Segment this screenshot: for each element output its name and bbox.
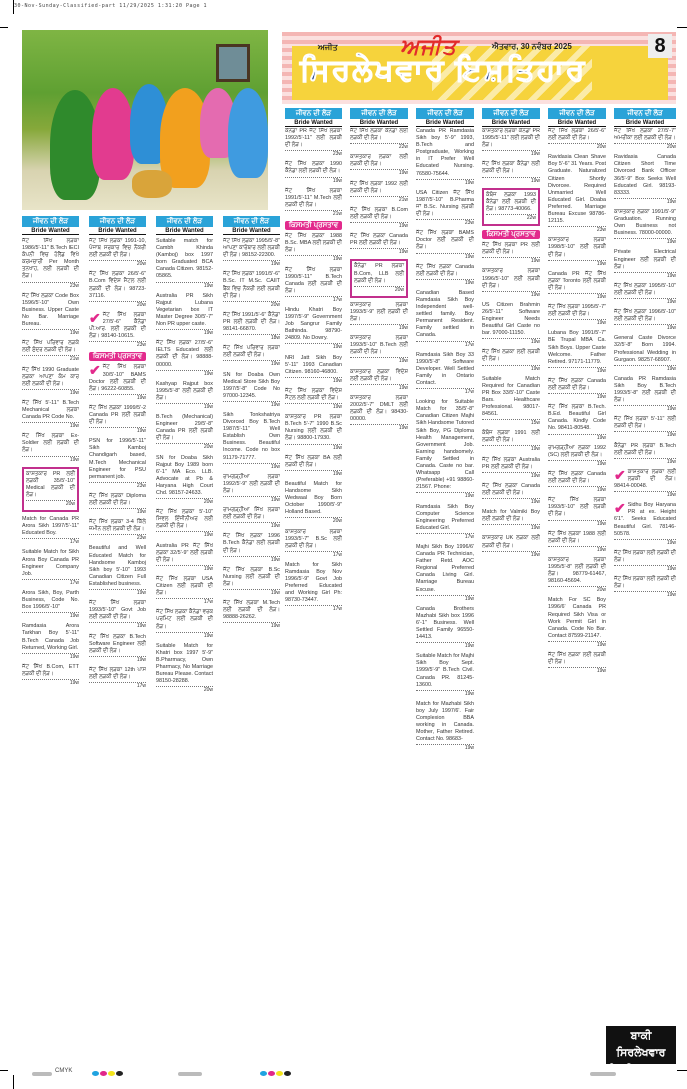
basket [132, 170, 172, 198]
classified-ad: B.Tech (Mechanical) Engineer 29/5'-8" Ca… [156, 414, 213, 451]
ad-text: ਜੱਟ ਸਿੱਖ ਲੜਕਾ 1995/5'-7" ਲਈ ਲੜਕੀ ਦੀ ਲੋੜ। [548, 304, 606, 317]
gray-bar [590, 1072, 616, 1076]
ad-word-count: 19w [285, 470, 342, 478]
ad-word-count: 20w [223, 301, 280, 309]
ad-word-count: 19w [89, 394, 146, 402]
classified-ad: ਜੱਟ ਸਿੱਖ ਲੜਕਾ M.Tech ਲਈ ਲੜਕੀ ਦੀ ਲੋੜ। 988… [223, 600, 280, 630]
ad-word-count: 19w [614, 491, 676, 499]
ad-word-count: 19w [416, 642, 474, 650]
ad-text: ਜੱਟ ਸਿੱਖ ਲੜਕਾ ਵਿਦੇਸ਼ ਸੈਟਲ ਲਈ ਲੜਕੀ ਦੀ ਲੋੜ… [285, 388, 342, 401]
classified-ad: Match For SC Boy 1996/6' Canada PR Requi… [548, 597, 606, 649]
classified-ad: ਕਾਸ਼ਤਕਾਰ UK ਲੜਕਾ ਲਈ ਲੜਕੀ ਦੀ ਲੋੜ।19w [482, 535, 540, 558]
ad-text: ਕਾਸ਼ਤਕਾਰ ਲੜਕਾ 1995/5'-8" ਲਈ ਲੜਕੀ ਦੀ ਲੋੜ।… [548, 557, 606, 584]
ad-word-count: 19w [223, 463, 280, 471]
gray-bar [32, 1072, 52, 1076]
ad-word-count: 17w [22, 579, 79, 587]
ad-text: ਜੱਟ ਸਿੱਖ ਲੜਕਾ BAMS Doctor ਲਈ ਲੜਕੀ ਦੀ ਲੋੜ… [416, 230, 474, 250]
ad-text: Suitable Match Required for Canadian PR … [482, 376, 540, 417]
ad-text: ਜੱਟ ਸਿੱਖ ਲੜਕਾ B.Tech Software Engineer ਲ… [89, 634, 146, 654]
ad-word-count: 19w [614, 198, 676, 206]
ad-word-count: 20w [89, 260, 146, 268]
classified-ad: ਜੱਟ ਸਿੱਖ ਲੜਕਾ Code Box 1596/5'-10" Own B… [22, 293, 79, 338]
classified-column: ਜੱਟ ਸਿੱਖ ਲੜਕਾ 1986/5'-11" B.Tech IECI ਕੰ… [22, 238, 79, 1066]
ad-word-count: 19w [22, 612, 79, 620]
ad-word-count: 19w [89, 508, 146, 516]
classified-ad: ਕੰਬੋਜ ਲੜਕਾ 1993 ਕੈਨੇਡਾ ਲਈ ਲੜਕੀ ਦੀ ਲੋੜ। 9… [482, 188, 540, 226]
ad-text: NRI Jatt Sikh Boy 5'-11" 1993 Canadian C… [285, 355, 342, 375]
classified-ad: Ramdasia Sikh Boy Computer Science Engin… [416, 504, 474, 541]
ad-word-count: 19w [156, 370, 213, 378]
classified-ad: ਕਾਸ਼ਤਕਾਰ ਲੜਕਾ 1993/5'-10" B.Tech ਲਈ ਲੜਕੀ… [350, 335, 408, 365]
ad-text: Lubana Boy 1991/5'-7" BE Trupal MBA Ca. … [548, 330, 606, 364]
classified-ad: ਜੱਟ ਸਿੱਖ ਲੜਕਾ ਵਿਦੇਸ਼ ਸੈਟਲ ਲਈ ਲੜਕੀ ਦੀ ਲੋੜ… [285, 388, 342, 411]
ad-text: Private Electrical Engineer ਲਈ ਲੜਕੀ ਦੀ ਲ… [614, 249, 676, 269]
ad-word-count: 19w [22, 329, 79, 337]
ad-word-count: 19w [482, 551, 540, 559]
classified-ad: ਜੱਟ ਸਿੱਖ ਲੜਕਾ 1988 ਲਈ ਲੜਕੀ ਦੀ ਲੋੜ।19w [548, 531, 606, 554]
classified-ad: ਜੱਟ ਸਿੱਖ 5'-11" B.Tech Mechanical ਲੜਕਾ C… [22, 400, 79, 430]
ad-text: ਜੱਟ ਸਿੱਖ ਲੜਕਾ 27/5'-6" IELTS Educated ਲਈ… [156, 340, 213, 367]
classified-ad: ਜੱਟ ਸਿੱਖ ਲੜਕਾ 1990 ਕੈਨੇਡਾ ਲਈ ਲੜਕੀ ਦੀ ਲੋੜ… [285, 161, 342, 184]
classified-ad: ਕੈਨੇਡਾ PR ਜੱਟ ਸਿੱਖ ਲੜਕਾ 1992/5'-11" ਲਈ ਲ… [285, 128, 342, 158]
section-heading-en: Bride Wanted [22, 227, 79, 235]
ad-word-count: 19w [482, 177, 540, 185]
cmyk-registration-marks [260, 1071, 291, 1076]
ad-text: Australia PR ਜੱਟ ਸਿੱਖ ਲੜਕਾ 32/5'-9" ਲਈ ਲ… [156, 543, 213, 563]
ad-word-count: 19w [482, 150, 540, 158]
print-slug: 30-Nov-Sunday-Classified-part 11/29/2025… [14, 3, 207, 9]
ad-word-count: 19w [548, 393, 606, 401]
ad-text: ਜੱਟ ਸਿੱਖ ਪਰਿਵਾਰ ਲੜਕੇ ਲਈ ਸੁੰਦਰ ਲੜਕੀ ਦੀ ਲੋ… [22, 340, 79, 353]
classified-ad: ਕਾਸ਼ਤਕਾਰ ਲੜਕਾ 1993/5'-7" B.Sc ਲਈ ਲੜਕੀ ਦੀ… [285, 529, 342, 559]
ad-text: ਜੱਟ ਸਿੱਖ ਲੜਕਾ 1991/5'-6" B.Sc. IT M.Sc. … [223, 271, 280, 298]
ad-text: ਜੱਟ ਸਿੱਖ ਲੜਕਾ 1990/5'-11" B.Tech Canada … [285, 267, 342, 294]
ad-text: Match for Canada PR Arora Sikh 1997/5'-1… [22, 516, 79, 536]
ad-text: ਰਾਮਗੜ੍ਹੀਆ ਲੜਕਾ 1992 (SC) ਲਈ ਲੜਕੀ ਦੀ ਲੋੜ। [548, 445, 606, 458]
ad-text: US Citizen Brahmin 26/5'-11" Software En… [482, 302, 540, 336]
classified-ad: Match for Canada PR Arora Sikh 1997/5'-1… [22, 516, 79, 546]
ad-word-count: 19w [548, 367, 606, 375]
ad-text: ਕੰਬੋਜ ਲੜਕਾ 1993 ਕੈਨੇਡਾ ਲਈ ਲੜਕੀ ਦੀ ਲੋੜ। 9… [486, 192, 536, 212]
ad-word-count: 19w [285, 444, 342, 452]
ad-text: ਕੈਨੇਡਾ PR ਲੜਕਾ B.Com, LLB ਲਈ ਲੜਕੀ ਦੀ ਲੋੜ… [354, 263, 404, 283]
ad-text: Beautiful Match for Handsome Sikh Wedwaa… [285, 481, 342, 515]
ad-word-count: 19w [614, 591, 676, 599]
masthead-small-label: ਅਜੀਤ [318, 43, 338, 53]
classified-ad: Canadian Based Ramdasia Sikh Boy Indepen… [416, 290, 474, 349]
ad-text: ਜੱਟ ਸਿੱਖ ਲੜਕਾ Canada PR ਲਈ ਲੜਕੀ ਦੀ ਲੋੜ। [350, 233, 408, 246]
classified-ad: ਜੱਟ ਸਿੱਖ ਲੜਕਾ 1995/5'-8" ਆਪਣਾ ਕਾਰੋਬਾਰ ਲਈ… [223, 238, 280, 268]
ad-word-count: 19w [548, 293, 606, 301]
classified-ad: ਜੱਟ ਸਿੱਖ ਪਰਿਵਾਰ ਲੜਕੇ ਲਈ ਸੁੰਦਰ ਲੜਕੀ ਦੀ ਲੋ… [22, 340, 79, 363]
ad-text: Sikh Tonkshatriya Divorced Boy B.Tech 19… [223, 412, 280, 461]
classified-ad: Suitable match for Cambh Khinda (Kamboj)… [156, 238, 213, 290]
section-heading-en: Bride Wanted [614, 119, 676, 127]
classified-ad: ਕਾਸ਼ਤਕਾਰ ਲੜਕਾ ਵਿਦੇਸ਼ ਲਈ ਲੜਕੀ ਦੀ ਲੋੜ।19w [350, 369, 408, 392]
section-heading-en: Bride Wanted [416, 119, 474, 127]
ad-word-count: 23w [22, 282, 79, 290]
classified-ad: ਜੱਟ ਸਿੱਖ ਲੜਕਾ 26/5'-6" B.Com ਵਿਦੇਸ਼ ਸੈਟਲ… [89, 271, 146, 308]
ad-word-count: 19w [614, 539, 676, 547]
ad-word-count: 19w [482, 472, 540, 480]
classified-ad: ਜੱਟ ਸਿੱਖ ਲੜਕਾ Canada PR ਲਈ ਲੜਕੀ ਦੀ ਲੋੜ।1… [350, 233, 408, 256]
classified-ad: Suitable Match Required for Canadian PR … [482, 376, 540, 428]
classified-ad: ਜੱਟ ਸਿੱਖ ਲੜਕਾ BA ਲਈ ਲੜਕੀ ਦੀ ਲੋੜ।19w [285, 455, 342, 478]
ad-text: ਜੱਟ ਸਿੱਖ ਲੜਕਾ B.Com ਲਈ ਲੜਕੀ ਦੀ ਲੋੜ। [350, 207, 408, 220]
black-dot [284, 1071, 291, 1076]
ad-text: General Caste Divorce 32/5'-8" Born 1994… [614, 335, 676, 362]
classified-ad: ਕਾਸ਼ਤਕਾਰ ਲੜਕਾ 1991/5'-9" Graduation. Run… [614, 209, 676, 246]
ad-text: ਕਾਸ਼ਤਕਾਰ ਲੜਕਾ 1993/5'-9" ਲਈ ਲੜਕੀ ਦੀ ਲੋੜ। [350, 302, 408, 322]
ad-text: Ramdasia Sikh Boy Computer Science Engin… [416, 504, 474, 531]
ad-text: ਜੱਟ ਸਿੱਖ ਲੜਕਾ 1995/5'-10" ਲਈ ਲੜਕੀ ਦੀ ਲੋੜ… [614, 283, 676, 296]
section-heading-pa: ਜੀਵਨ ਦੀ ਲੋੜ [482, 108, 540, 119]
yellow-dot [108, 1071, 115, 1076]
ad-word-count: 19w [223, 360, 280, 368]
ad-text: ਜੱਟ ਸਿੱਖ ਲੜਕਾ 1995/5'-8" ਆਪਣਾ ਕਾਰੋਬਾਰ ਲਈ… [223, 238, 280, 258]
cyan-dot [260, 1071, 267, 1076]
classified-ad: ਜੱਟ ਸਿੱਖ ਲੜਕਾ 27/5'-7" ਅਮਰੀਕਾ ਲਈ ਲੜਕੀ ਦੀ… [614, 128, 676, 151]
classified-ad: ਰਾਮਗੜ੍ਹੀਆ ਸਿੱਖ ਲੜਕਾ ਲਈ ਲੜਕੀ ਦੀ ਲੋੜ।19w [223, 507, 280, 530]
ad-text: ਜੱਟ ਸਿੱਖ ਲੜਕਾ 5'-11" ਲਈ ਲੜਕੀ ਦੀ ਲੋੜ। [614, 416, 676, 429]
ad-text: USA Citizen ਜੱਟ ਸਿੱਖ 1987/5'-10" B.Pharm… [416, 190, 474, 217]
ad-word-count: 19w [548, 434, 606, 442]
ad-word-count: 19w [548, 486, 606, 494]
ad-text: ਜੱਟ ਸਿੱਖ 1990 Graduate ਲੜਕਾ ਆਪਣਾ ਕੰਮ ਕਾਰ… [22, 367, 79, 387]
ad-word-count: 19w [614, 431, 676, 439]
column-header: ਜੀਵਨ ਦੀ ਲੋੜBride Wanted [285, 108, 342, 128]
ad-text: Match for Valmiki Boy ਲਈ ਲੜਕੀ ਦੀ ਲੋੜ। [482, 509, 540, 522]
classified-ad: ਜੱਟ ਸਿੱਖ ਲੜਕਾ BAMS Doctor ਲਈ ਲੜਕੀ ਦੀ ਲੋੜ… [416, 230, 474, 260]
classified-ad: ਜੱਟ ਸਿੱਖ ਲੜਕਾ 1992 ਲਈ ਲੜਕੀ ਦੀ ਲੋੜ।21w [350, 181, 408, 204]
classified-column: ਜੱਟ ਸਿੱਖ ਲੜਕਾ 1995/5'-8" ਆਪਣਾ ਕਾਰੋਬਾਰ ਲਈ… [223, 238, 280, 1066]
ad-word-count: 20w [614, 143, 676, 151]
ad-text: ਜੱਟ ਸਿੱਖ ਲੜਕਾ 1991-10, ਪੰਜਾਬ ਸਰਕਾਰ ਵਿਚ ਨ… [89, 238, 146, 258]
ad-word-count: 23w [416, 219, 474, 227]
ad-text: ਜੱਟ ਸਿੱਖ ਲੜਕਾ 26/5'-6" ਲਈ ਲੜਕੀ ਦੀ ਲੋੜ। [548, 128, 606, 141]
classified-ad: ਜੱਟ ਸਿੱਖ ਲੜਕਾ 1993/5'-10" Govt Job ਲਈ ਲੜ… [89, 600, 146, 630]
ad-word-count: 19w [548, 319, 606, 327]
ad-text: ਜੱਟ ਸਿੱਖ ਲੜਕਾ ਕੈਨੇਡਾ ਲਈ ਲੜਕੀ ਦੀ ਲੋੜ। [350, 128, 408, 141]
magenta-dot [100, 1071, 107, 1076]
classified-column: Canada PR Ramdasia Sikh boy 5'-9" 1993, … [416, 128, 474, 1066]
ad-text: ਕਾਸ਼ਤਕਾਰ ਲੜਕਾ ਵਿਦੇਸ਼ ਲਈ ਲੜਕੀ ਦੀ ਲੋੜ। [350, 369, 408, 382]
more-classifieds-line2: ਇਸ਼ਤਿਹਾਰ ਸਫ਼ਾ 9 ਤੇ [606, 1062, 676, 1089]
registration-label: CMYK [55, 1068, 72, 1074]
ad-word-count: 19w [22, 653, 79, 661]
classified-ad: ਜੱਟ ਸਿੱਖ ਲੜਕਾ 5'-10" ਸਿਵਲ ਇੰਜੀਨੀਅਰ ਲਈ ਲੜ… [156, 509, 213, 539]
classified-ad: Suitable Match for Khatri box 1997 5'-9"… [156, 643, 213, 695]
ad-word-count: 19w [156, 531, 213, 539]
ad-text: Ravidasia Clean Shave Boy 5'-6" 31 Years… [548, 154, 606, 224]
ad-word-count: 23w [548, 226, 606, 234]
ad-word-count: 19w [350, 169, 408, 177]
classified-ad: ਜੱਟ ਸਿੱਖ ਲੜਕਾ ਲਈ ਲੜਕੀ ਦੀ ਲੋੜ।19w [548, 652, 606, 675]
ad-text: ਰਾਮਗੜ੍ਹੀਆ ਸਿੱਖ ਲੜਕਾ ਲਈ ਲੜਕੀ ਦੀ ਲੋੜ। [223, 507, 280, 520]
section-heading-en: Bride Wanted [156, 227, 213, 235]
ad-text: Canada PR ਜੱਟ ਸਿੱਖ ਲੜਕਾ Toronto ਲਈ ਲੜਕੀ … [548, 271, 606, 291]
ad-text: Suitable Match for Sikh Arora Boy Canada… [22, 549, 79, 576]
ad-word-count: 23w [285, 150, 342, 158]
classified-ad: SN for Doaba Sikh Rajput Boy 1989 born 6… [156, 455, 213, 507]
ad-text: ਜੱਟ ਸਿੱਖ ਲੜਕਾ Canada ਲਈ ਲੜਕੀ ਦੀ ਲੋੜ। [548, 378, 606, 391]
ad-text: Suitable match for Cambh Khinda (Kamboj)… [156, 238, 213, 279]
classified-ad: ਜੱਟ ਸਿੱਖ ਲੜਕਾ ਕੈਨੇਡਾ ਲਈ ਲੜਕੀ ਦੀ ਲੋੜ।19w [482, 161, 540, 184]
ad-text: ਜੱਟ ਸਿੱਖ ਲੜਕਾ 1993/5'-10" ਲਈ ਲੜਕੀ ਦੀ ਲੋੜ… [548, 497, 606, 517]
ad-word-count: 19w [548, 667, 606, 675]
ad-word-count: 20w [156, 498, 213, 506]
ad-word-count: 19w [89, 656, 146, 664]
ad-text: ਕਾਸ਼ਤਕਾਰ ਲੜਕਾ ਲਈ ਲੜਕੀ ਦੀ ਲੋੜ। [350, 154, 408, 167]
classified-ad: Kashyap Rajput box 1995/5'-8" ਲਈ ਲੜਕੀ ਦੀ… [156, 381, 213, 411]
classified-ad: ਰਾਮਗੜ੍ਹੀਆ ਲੜਕਾ 1992/5'-9" ਲਈ ਲੜਕੀ ਦੀ ਲੋੜ… [223, 474, 280, 504]
classified-ad: ਜੱਟ ਸਿੱਖ ਲੜਕਾ Canada ਲਈ ਲੜਕੀ ਦੀ ਲੋੜ।19w [548, 378, 606, 401]
ad-text: Ramdasia Arora Tarkhan Boy 5'-11" B.Tech… [22, 623, 79, 650]
checkmark-icon: ✔ [89, 312, 101, 324]
ad-text: Australia PR Sikh Rajput Lubana Vegetari… [156, 293, 213, 327]
ad-text: ਜੱਟ ਸਿੱਖ B.Com, ETT ਲੜਕੀ ਦੀ ਲੋੜ। [22, 664, 79, 677]
ad-word-count: 20w [548, 586, 606, 594]
ad-text: ਕਾਸ਼ਤਕਾਰ ਲੜਕਾ 1993/5'-10" B.Tech ਲਈ ਲੜਕੀ… [350, 335, 408, 355]
classified-ad: ਜੱਟ ਸਿੱਖ ਲੜਕਾ ਲਈ ਲੜਕੀ ਦੀ ਲੋੜ।19w [482, 349, 540, 372]
ad-word-count: 19w [350, 357, 408, 365]
ad-text: Match For SC Boy 1996/6' Canada PR Requi… [548, 597, 606, 638]
ad-text: ਜੱਟ ਸਿੱਖ ਲੜਕਾ 1988 B.Sc. MBA ਲਈ ਲੜਕੀ ਦੀ … [285, 233, 342, 253]
ad-word-count: 17w [416, 341, 474, 349]
crop-mark [677, 1070, 687, 1071]
ad-text: ਕਾਸ਼ਤਕਾਰ ਲੜਕਾ 1991/5'-9" Graduation. Run… [614, 209, 676, 236]
ad-text: ਜੱਟ ਸਿੱਖ ਲੜਕਾ ਕੈਨੇਡਾ ਲਈ ਲੜਕੀ ਦੀ ਲੋੜ। [482, 161, 540, 174]
classified-ad: ✔ਜੱਟ ਸਿੱਖ ਲੜਕਾ 30/5'-10" BAMS Doctor ਲਈ … [89, 364, 146, 401]
ad-word-count: 20w [89, 301, 146, 309]
ad-word-count: 19w [614, 298, 676, 306]
column-header: ਜੀਵਨ ਦੀ ਲੋੜBride Wanted [350, 108, 408, 128]
ad-text: ਜੱਟ ਸਿੱਖ ਲੜਕਾ 12th ਪਾਸ ਲਈ ਲੜਕੀ ਦੀ ਲੋੜ। [89, 667, 146, 680]
ad-text: Looking for Suitable Match for 35/5'-8" … [416, 399, 474, 490]
ad-word-count: 19w [22, 389, 79, 397]
section-heading-pa: ਜੀਵਨ ਦੀ ਲੋੜ [614, 108, 676, 119]
ad-word-count: 19w [350, 324, 408, 332]
ad-text: ਜੱਟ ਸਿੱਖ ਲੜਕਾ ਲਈ ਲੜਕੀ ਦੀ ਲੋੜ। [482, 349, 540, 362]
ad-text: ਕਾਸ਼ਤਕਾਰ ਲੜਕਾ 1993/5'-7" B.Sc ਲਈ ਲੜਕੀ ਦੀ… [285, 529, 342, 549]
ad-text: Canada Brothers Mazhabi Sikh box 1996 6'… [416, 606, 474, 640]
ad-text: ਜੱਟ ਸਿੱਖ ਲੜਕਾ 1986/5'-11" B.Tech IECI ਕੰ… [22, 238, 79, 279]
section-heading-pa: ਜੀਵਨ ਦੀ ਲੋੜ [548, 108, 606, 119]
classified-ad: Ravidasia Clean Shave Boy 5'-6" 31 Years… [548, 154, 606, 234]
column-header: ਜੀਵਨ ਦੀ ਲੋੜBride Wanted [416, 108, 474, 128]
ad-word-count: 19w [416, 253, 474, 261]
crop-mark [0, 1070, 8, 1071]
section-heading-pa: ਜੀਵਨ ਦੀ ਲੋੜ [350, 108, 408, 119]
promo-banner: ਕਿਸਮਤੀ ਪ੍ਰਸਤਾਵ [482, 230, 540, 239]
section-heading-en: Bride Wanted [350, 119, 408, 127]
ad-text: PSN for 1996/5'-11" Sikh Kamboj Chandiga… [89, 438, 146, 479]
ad-word-count: 19w [614, 324, 676, 332]
ad-text: ਕਾਸ਼ਤਕਾਰ PR ਲਈ ਲੜਕੀ 35/5'-10" Medical ਲੜ… [26, 471, 75, 498]
classified-ad: Suitable Match for Sikh Arora Boy Canada… [22, 549, 79, 586]
classified-ad: ਜੱਟ ਸਿੱਖ ਲੜਕਾ 1991-10, ਪੰਜਾਬ ਸਰਕਾਰ ਵਿਚ ਨ… [89, 238, 146, 268]
ad-text: ਜੱਟ ਸਿੱਖ ਲੜਕਾ 1991/5'-11" M.Tech ਲਈ ਲੜਕੀ… [285, 188, 342, 208]
classified-ad: ਜੱਟ ਸਿੱਖ ਲੜਕਾ 1986/5'-11" B.Tech IECI ਕੰ… [22, 238, 79, 290]
ad-text: ਜੱਟ ਸਿੱਖ ਲੜਕਾ Diploma ਲਈ ਲੜਕੀ ਦੀ ਲੋੜ। [89, 493, 146, 506]
classified-ad: US Citizen Brahmin 26/5'-11" Software En… [482, 302, 540, 347]
ad-text: ਕਾਸ਼ਤਕਾਰ ਲੜਕਾ 1996/5'-10" ਲਈ ਲੜਕੀ ਦੀ ਲੋੜ… [482, 268, 540, 288]
classified-column: ਜੱਟ ਸਿੱਖ ਲੜਕਾ 26/5'-6" ਲਈ ਲੜਕੀ ਦੀ ਲੋੜ।20… [548, 128, 606, 1066]
ad-word-count: 19w [548, 546, 606, 554]
ad-word-count: 20w [548, 143, 606, 151]
classified-ad: Arora Sikh, Boy, Parth Business, Code No… [22, 590, 79, 620]
classified-ad: Beautiful Match for Handsome Sikh Wedwaa… [285, 481, 342, 526]
section-heading-en: Bride Wanted [89, 227, 146, 235]
classified-column: ਜੱਟ ਸਿੱਖ ਲੜਕਾ ਕੈਨੇਡਾ ਲਈ ਲੜਕੀ ਦੀ ਲੋੜ।22wਕ… [350, 128, 408, 1066]
ad-word-count: 19w [482, 524, 540, 532]
classified-ad: ਕਾਸ਼ਤਕਾਰ ਲੜਕਾ 1995/5'-8" ਲਈ ਲੜਕੀ ਦੀ ਲੋੜ।… [548, 557, 606, 594]
yellow-dot [276, 1071, 283, 1076]
ad-text: ਜੱਟ ਸਿੱਖ ਲੜਕਾ M.Tech ਲਈ ਲੜਕੀ ਦੀ ਲੋੜ। 988… [223, 600, 280, 620]
ad-word-count: 19w [285, 343, 342, 351]
ad-word-count: 23w [89, 482, 146, 490]
ad-word-count: 19w [416, 690, 474, 698]
classified-ad: PSN for 1996/5'-11" Sikh Kamboj Chandiga… [89, 438, 146, 490]
ad-word-count: 19w [482, 498, 540, 506]
ad-word-count: 19w [416, 744, 474, 752]
ad-word-count: 19w [614, 565, 676, 573]
classified-ad: ਜੱਟ ਸਿੱਖ ਲੜਕਾ 1993/5'-10" ਲਈ ਲੜਕੀ ਦੀ ਲੋੜ… [548, 497, 606, 527]
classified-ad: Beautiful and Well Educated Match for Ha… [89, 545, 146, 597]
ad-word-count: 19w [223, 401, 280, 409]
classified-ad: ਜੱਟ ਸਿੱਖ ਲੜਕਾ 12th ਪਾਸ ਲਈ ਲੜਕੀ ਦੀ ਲੋੜ।17… [89, 667, 146, 690]
ad-text: SN for Doaba Sikh Rajput Boy 1989 born 6… [156, 455, 213, 496]
classified-ad: ਜੱਟ ਸਿੱਖ ਲੜਕਾ B.Tech Software Engineer ਲ… [89, 634, 146, 664]
ad-text: ਜੱਟ ਸਿੱਖ ਲੜਕਾ 1990 ਕੈਨੇਡਾ ਲਈ ਲੜਕੀ ਦੀ ਲੋੜ… [285, 161, 342, 174]
classified-ad: ਜੱਟ ਸਿੱਖ ਲੜਕਾ 1996/5'-10" ਲਈ ਲੜਕੀ ਦੀ ਲੋੜ… [614, 309, 676, 332]
classified-ad: Hindu Khatri Boy 1997/5'-9" Government J… [285, 307, 342, 352]
more-classifieds-box: ਬਾਕੀ ਸਿਰਲੇਖਵਾਰ ਇਸ਼ਤਿਹਾਰ ਸਫ਼ਾ 9 ਤੇ [606, 1026, 676, 1064]
ad-text: Match for Mazhabi Sikh boy July 1997/6'.… [416, 701, 474, 742]
classified-ad: ✔ਜੱਟ ਸਿੱਖ ਲੜਕਾ 27/5'-6" ਕੈਨੇਡਾ ਪੀ.ਆਰ. ਲਈ… [89, 312, 146, 349]
classified-ad: General Caste Divorce 32/5'-8" Born 1994… [614, 335, 676, 372]
ad-text: ਜੱਟ ਸਿੱਖ ਲੜਕਾ USA Citizen ਲਈ ਲੜਕੀ ਦੀ ਲੋੜ… [156, 576, 213, 596]
ad-text: Canada PR Ramdasia Sikh Boy B.Tech 1993/… [614, 376, 676, 403]
ad-word-count: 21w [285, 210, 342, 218]
crop-mark [677, 27, 687, 28]
ad-text: ਜੱਟ ਸਿੱਖ ਲੜਕਾ ਲਈ ਲੜਕੀ ਦੀ ਲੋੜ। [548, 652, 606, 665]
ad-word-count: 19w [482, 338, 540, 346]
ad-word-count: 19w [548, 260, 606, 268]
ad-word-count: 21w [22, 355, 79, 363]
ad-word-count: 19w [614, 405, 676, 413]
classified-ad: ਜੱਟ ਸਿੱਖ ਲੜਕਾ Diploma ਲਈ ਲੜਕੀ ਦੀ ਲੋੜ।19w [89, 493, 146, 516]
classified-ad: ਜੱਟ ਸਿੱਖ ਲੜਕਾ Canada ਲਈ ਲੜਕੀ ਦੀ ਲੋੜ।19w [416, 264, 474, 287]
classified-ad: ਕਾਸ਼ਤਕਾਰ ਲੜਕਾ 1993/5'-9" ਲਈ ਲੜਕੀ ਦੀ ਲੋੜ।… [350, 302, 408, 332]
classified-ad: ਜੱਟ ਸਿੱਖ ਲੜਕਾ 1996 B.Tech ਕੈਨੇਡਾ ਲਈ ਲੜਕੀ… [223, 533, 280, 563]
classified-ad: Australia PR Sikh Rajput Lubana Vegetari… [156, 293, 213, 338]
classified-ad: ਕਾਸ਼ਤਕਾਰ ਲੜਕਾ 1996/5'-10" ਲਈ ਲੜਕੀ ਦੀ ਲੋੜ… [482, 268, 540, 298]
promo-banner: ਕਿਸਮਤੀ ਪ੍ਰਸਤਾਵ [285, 221, 342, 230]
ad-text: ਕਾਸ਼ਤਕਾਰ PR ਲੜਕਾ B.Tech 5'-7" 1990 B.Sc … [285, 414, 342, 441]
classified-ad: ਜੱਟ ਸਿੱਖ ਲੜਕਾ 1999/5'-2 Canada PR ਲਈ ਲੜਕ… [89, 405, 146, 435]
ad-word-count: 19w [548, 520, 606, 528]
section-heading-en: Bride Wanted [482, 119, 540, 127]
promo-banner: ਕਿਸਮਤੀ ਪ੍ਰਸਤਾਵ [89, 352, 146, 361]
ad-text: ਜੱਟ ਸਿੱਖ ਲੜਕਾ ਲਈ ਲੜਕੀ ਦੀ ਲੋੜ। [614, 550, 676, 563]
classified-ad: ਜੱਟ ਸਿੱਖ ਲੜਕਾ 1991/5'-11" M.Tech ਲਈ ਲੜਕੀ… [285, 188, 342, 218]
ad-text: ਜੱਟ ਸਿੱਖ ਲੜਕਾ Canada ਲਈ ਲੜਕੀ ਦੀ ਲੋੜ। [482, 483, 540, 496]
magenta-dot [268, 1071, 275, 1076]
checkmark-icon: ✔ [614, 469, 626, 481]
classified-ad: ਜੱਟ ਸਿੱਖ ਲੜਕਾ Canada ਲਈ ਲੜਕੀ ਦੀ ਲੋੜ।19w [482, 483, 540, 506]
ad-word-count: 23w [89, 534, 146, 542]
crop-mark [13, 0, 14, 14]
classified-ad: Lubana Boy 1991/5'-7" BE Trupal MBA Ca. … [548, 330, 606, 375]
ad-word-count: 19w [350, 248, 408, 256]
classified-ad: ਜੱਟ ਸਿੱਖ ਲੜਕਾ USA Citizen ਲਈ ਲੜਕੀ ਦੀ ਲੋੜ… [156, 576, 213, 606]
ad-text: ਜੱਟ ਸਿੱਖ ਲੜਕਾ ਲਈ ਲੜਕੀ ਦੀ ਲੋੜ। [614, 576, 676, 589]
ad-word-count: 19w [22, 679, 79, 687]
ad-word-count: 19w [223, 522, 280, 530]
ad-word-count: 19w [285, 377, 342, 385]
ad-word-count: 19w [416, 179, 474, 187]
classified-ad: ਜੱਟ ਸਿੱਖ ਲੜਕਾ Ex-Soldier ਲਈ ਲੜਕੀ ਦੀ ਲੋੜ।… [22, 433, 79, 463]
ad-word-count: 19w [223, 496, 280, 504]
ad-word-count: 23w [89, 341, 146, 349]
classified-column: ਕੈਨੇਡਾ PR ਜੱਟ ਸਿੱਖ ਲੜਕਾ 1992/5'-11" ਲਈ ਲ… [285, 128, 342, 1066]
classified-ad: ✔ਕਾਸ਼ਤਕਾਰ ਲੜਕਾ ਲਈ ਲੜਕੀ ਦੀ ਲੋੜ। 98414-000… [614, 469, 676, 499]
classified-ad: ਕਾਸ਼ਤਕਾਰ PR ਲਈ ਲੜਕੀ 35/5'-10" Medical ਲੜ… [22, 467, 79, 512]
ad-text: ਜੱਟ ਸਿੱਖ ਲੜਕਾ Code Box 1596/5'-10" Own B… [22, 293, 79, 327]
ad-word-count: 19w [156, 403, 213, 411]
ad-text: ਜੱਟ ਸਿੱਖ ਲੜਕਾ 1993/5'-10" Govt Job ਲਈ ਲੜ… [89, 600, 146, 620]
classified-ad: ਕਾਸ਼ਤਕਾਰ ਲੜਕਾ 2002/5'-7" DMLT ਲਈ ਲੜਕੀ ਦੀ… [350, 395, 408, 432]
classified-ad: ਕੰਬੋਜ ਲੜਕਾ 1991 ਲਈ ਲੜਕੀ ਦੀ ਲੋੜ।19w [482, 430, 540, 453]
classified-ad: ਕੈਨੇਡਾ PR ਲੜਕਾ B.Tech ਲਈ ਲੜਕੀ ਦੀ ਲੋੜ।19w [614, 443, 676, 466]
classified-ad: USA Citizen ਜੱਟ ਸਿੱਖ 1987/5'-10" B.Pharm… [416, 190, 474, 227]
ad-text: ਕਾਸ਼ਤਕਾਰ ਲੜਕਾ 2002/5'-7" DMLT ਲਈ ਲੜਕੀ ਦੀ… [350, 395, 408, 422]
ad-text: Ravidasia Canada Citizen Short Time Divo… [614, 154, 676, 195]
classified-ad: ਜੱਟ ਸਿੱਖ ਲੜਕਾ 5'-11" ਲਈ ਲੜਕੀ ਦੀ ਲੋੜ।19w [614, 416, 676, 439]
classified-ad: Match for Sikh Ramdasia Boy Nov 1996/5'-… [285, 562, 342, 614]
ad-word-count: 19w [350, 384, 408, 392]
ad-text: ਜੱਟ ਸਿੱਖ 1991/5'-6" ਕੈਨੇਡਾ PR ਲਈ ਲੜਕੀ ਦੀ… [223, 312, 280, 332]
ad-text: B.Tech (Mechanical) Engineer 29/5'-8" Ca… [156, 414, 213, 441]
ad-word-count: 21w [350, 196, 408, 204]
ad-text: ਜੱਟ ਸਿੱਖ ਲੜਕਾ 5'-10" ਸਿਵਲ ਇੰਜੀਨੀਅਰ ਲਈ ਲੜ… [156, 509, 213, 529]
checkmark-icon: ✔ [614, 502, 626, 514]
section-heading-pa: ਜੀਵਨ ਦੀ ਲੋੜ [89, 216, 146, 227]
ad-word-count: 19w [156, 565, 213, 573]
classified-ad: Canada Brothers Mazhabi Sikh box 1996 6'… [416, 606, 474, 651]
column-header: ਜੀਵਨ ਦੀ ਲੋੜBride Wanted [223, 216, 280, 236]
ad-word-count: 19w [223, 556, 280, 564]
ad-text: ਜੱਟ ਸਿੱਖ ਲੜਕਾ PR ਲਈ ਲੜਕੀ ਦੀ ਲੋੜ। [482, 242, 540, 255]
classified-ad: ਕਾਸ਼ਤਕਾਰ ਲੜਕਾ 1998/5'-10" ਲਈ ਲੜਕੀ ਦੀ ਲੋੜ… [548, 237, 606, 267]
ad-text: ਜੱਟ ਸਿੱਖ ਲੜਕਾ 27/5'-7" ਅਮਰੀਕਾ ਲਈ ਲੜਕੀ ਦੀ… [614, 128, 676, 141]
ad-word-count: 20w [26, 500, 75, 508]
ad-word-count: 19w [548, 641, 606, 649]
classified-ad: Ramdasia Sikh Boy 33 1990/5'-8" Software… [416, 352, 474, 397]
gray-bar [178, 1072, 202, 1076]
ad-word-count: 19w [416, 279, 474, 287]
classified-ad: Ravidasia Canada Citizen Short Time Divo… [614, 154, 676, 206]
ad-text: ਜੱਟ ਸਿੱਖ ਲੜਕਾ 1996 B.Tech ਕੈਨੇਡਾ ਲਈ ਲੜਕੀ… [223, 533, 280, 553]
classified-ad: ਕੈਨੇਡਾ PR ਲੜਕਾ B.Com, LLB ਲਈ ਲੜਕੀ ਦੀ ਲੋੜ… [350, 259, 408, 297]
ad-word-count: 19w [22, 456, 79, 464]
classified-ad: ਜੱਟ ਸਿੱਖ ਲੜਕਾ B.Tech. B.Ed. Beautiful Gi… [548, 404, 606, 441]
ad-word-count: 19w [416, 595, 474, 603]
classified-ad: ਜੱਟ ਸਿੱਖ ਪਰਿਵਾਰ ਲੜਕਾ ਲਈ ਲੜਕੀ ਦੀ ਲੋੜ।19w [223, 345, 280, 368]
column-header: ਜੀਵਨ ਦੀ ਲੋੜBride Wanted [482, 108, 540, 128]
ad-word-count: 19w [350, 424, 408, 432]
